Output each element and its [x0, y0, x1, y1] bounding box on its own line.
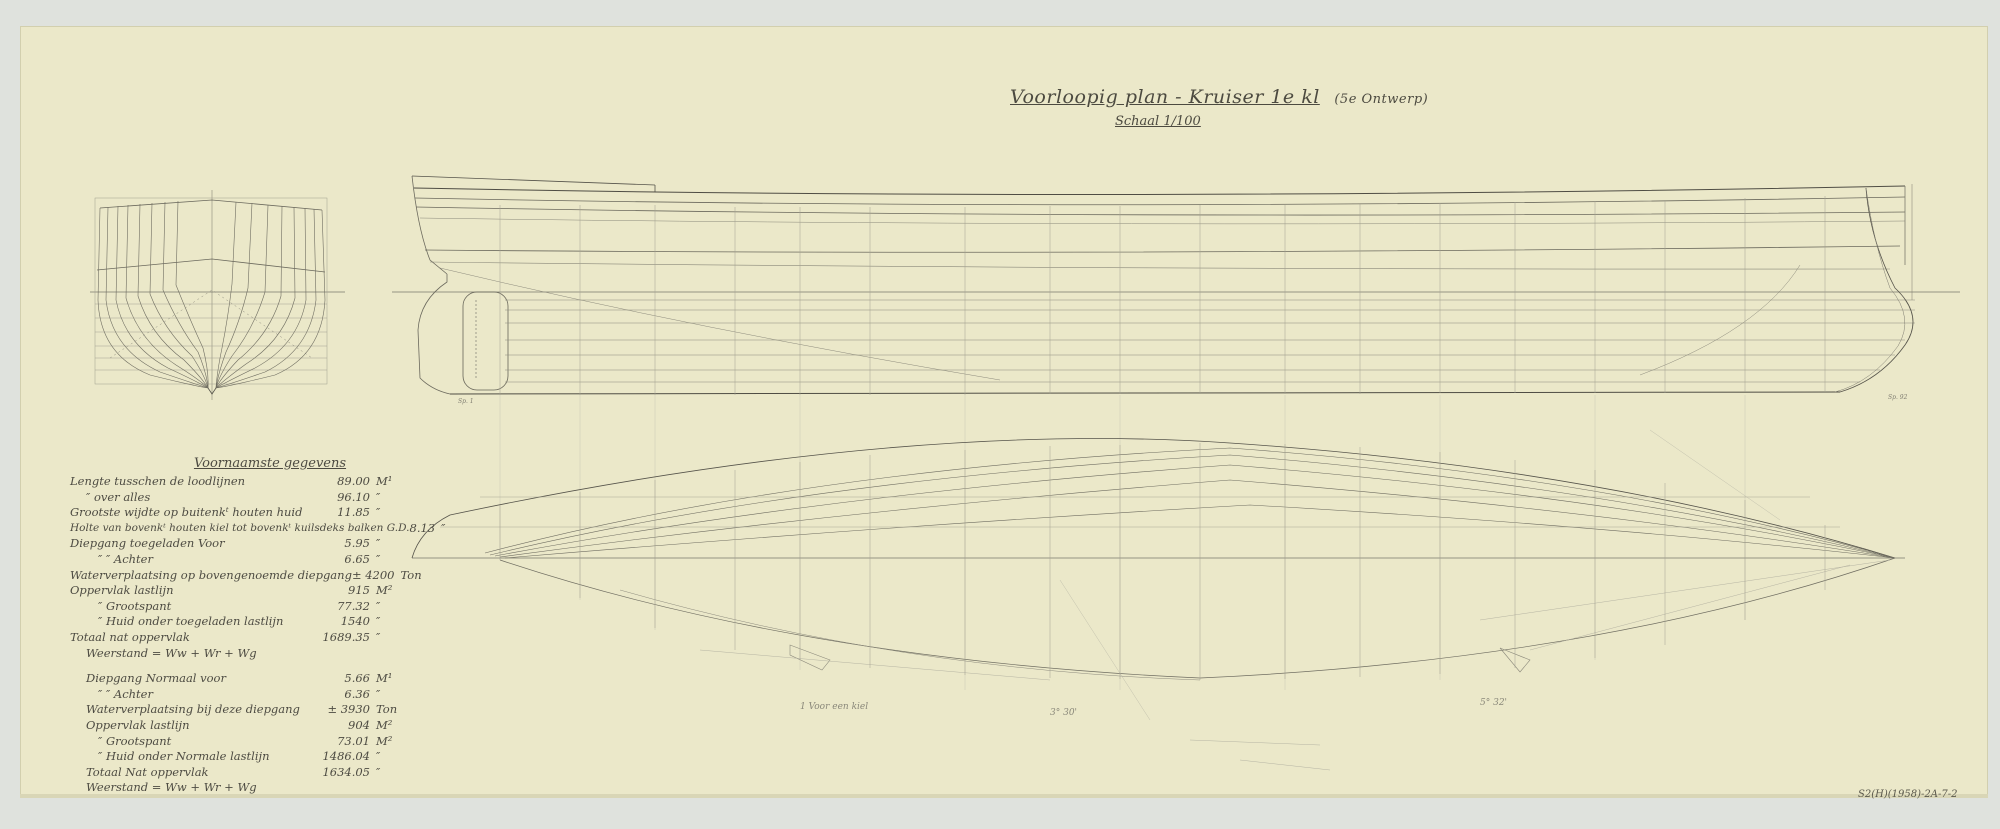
spec-row: ″ ″ Achter6.65″ — [70, 552, 410, 568]
drawing-scale: Schaal 1/100 — [1115, 114, 1201, 129]
sheer-plan — [392, 176, 1960, 690]
spec-row: ″ over alles96.10″ — [70, 490, 410, 506]
pencil-note: 3° 30' — [1050, 708, 1077, 718]
spec-row: ″ Grootspant77.32″ — [70, 599, 410, 615]
archive-reference: S2(H)(1958)-2A-7-2 — [1858, 789, 1957, 800]
spec-row: ″ Huid onder Normale lastlijn1486.04″ — [70, 749, 410, 765]
pencil-note: 1 Voor een kiel — [800, 702, 868, 712]
spec-row: Grootste wijdte op buitenkᵗ houten huid1… — [70, 505, 410, 521]
pencil-note: 5° 32' — [1480, 698, 1507, 708]
spec-row: ″ Grootspant73.01M² — [70, 734, 410, 750]
spec-row: Totaal nat oppervlak1689.35″ — [70, 630, 410, 646]
drawing-title-main: Voorloopig plan - Kruiser 1e kl — [1010, 86, 1320, 108]
half-breadth-plan — [412, 430, 1905, 770]
spec-gap — [70, 661, 410, 671]
spec-row: ″ ″ Achter6.36″ — [70, 687, 410, 703]
stern-station-mark: Sp. 1 — [458, 398, 474, 405]
spec-row: Weerstand = Ww + Wr + Wg — [70, 780, 410, 796]
specifications-heading: Voornaamste gegevens — [70, 456, 410, 471]
drawing-title: Voorloopig plan - Kruiser 1e kl (5e Ontw… — [1010, 86, 1428, 108]
spec-row: Weerstand = Ww + Wr + Wg — [70, 646, 410, 662]
specifications-table: Voornaamste gegevens Lengte tusschen de … — [70, 456, 410, 796]
drawing-title-suffix: (5e Ontwerp) — [1334, 92, 1428, 107]
bow-station-mark: Sp. 92 — [1888, 394, 1907, 401]
spec-row: Diepgang Normaal voor5.66M¹ — [70, 671, 410, 687]
spec-row: Diepgang toegeladen Voor5.95″ — [70, 536, 410, 552]
spec-row: ″ Huid onder toegeladen lastlijn1540″ — [70, 614, 410, 630]
spec-row: Holte van bovenkᵗ houten kiel tot bovenk… — [70, 521, 410, 537]
spec-row: Oppervlak lastlijn904M² — [70, 718, 410, 734]
spec-row: Totaal Nat oppervlak1634.05″ — [70, 765, 410, 781]
spec-row: Lengte tusschen de loodlijnen89.00M¹ — [70, 474, 410, 490]
spec-row: Waterverplaatsing bij deze diepgang± 393… — [70, 702, 410, 718]
spec-row: Oppervlak lastlijn915M² — [70, 583, 410, 599]
spec-row: Waterverplaatsing op bovengenoemde diepg… — [70, 568, 410, 584]
body-plan — [90, 190, 345, 400]
